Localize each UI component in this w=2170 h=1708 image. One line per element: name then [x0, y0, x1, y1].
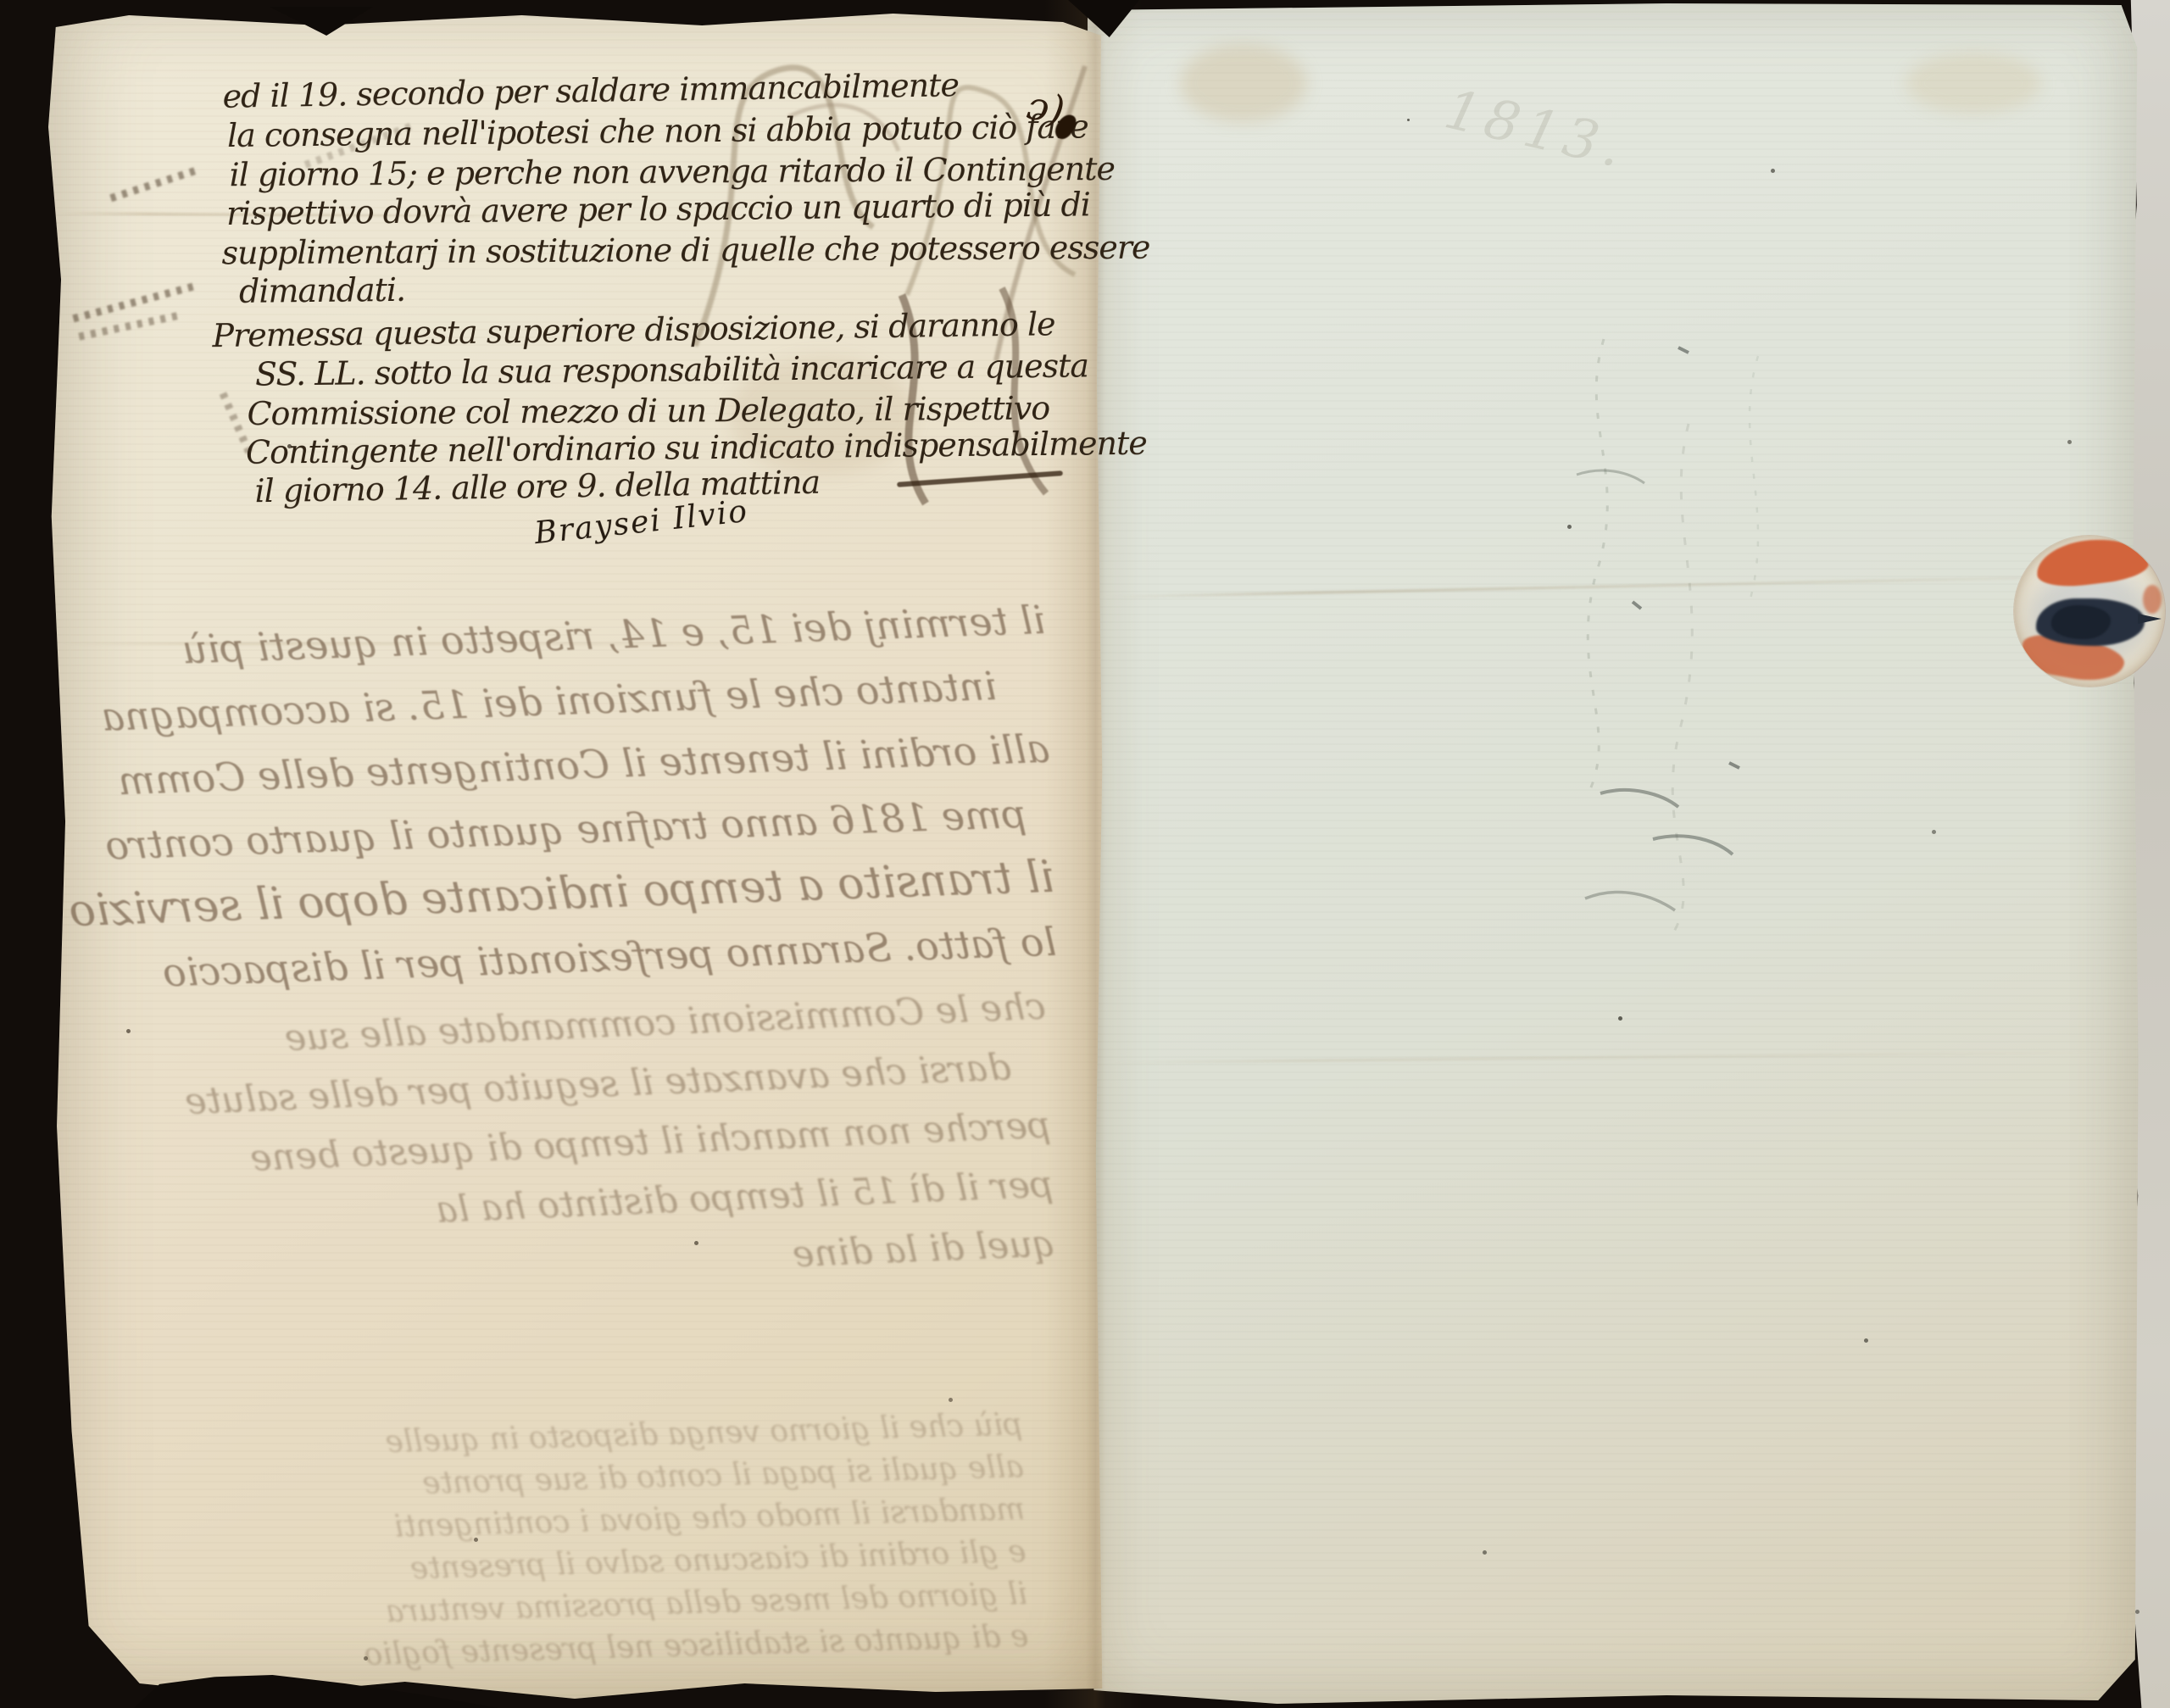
seal-orange-segment [2143, 585, 2162, 614]
bleedthrough-block: il terminj dei 15, e 14, rispetto in que… [19, 587, 1057, 1010]
bleedthrough-block: che le Commissioni commandate alle sue d… [11, 977, 1057, 1317]
bleedthrough-block: più che il giorno venga disposto in quel… [56, 1404, 1029, 1685]
ink-specks [254, 216, 257, 219]
manuscript-line: supplimentarj in sostituzione di quelle … [175, 228, 1091, 273]
seal-dark-blot-core [2051, 605, 2111, 639]
manuscript-line: Commissione col mezzo di un Delegato, il… [177, 388, 1093, 434]
paper-stain [1180, 44, 1307, 122]
manuscript-photo: ed il 19. secondo per saldare immancabil… [0, 0, 2170, 1708]
ghost-writing-traces [1551, 322, 1839, 958]
manuscript-text-block: ed il 19. secondo per saldare immancabil… [174, 68, 1093, 511]
ink-specks [1407, 119, 1410, 121]
paper-stain [1906, 53, 2041, 114]
wax-seal [2014, 536, 2165, 687]
manuscript-line: il giorno 15; e perche non avvenga ritar… [175, 149, 1090, 195]
